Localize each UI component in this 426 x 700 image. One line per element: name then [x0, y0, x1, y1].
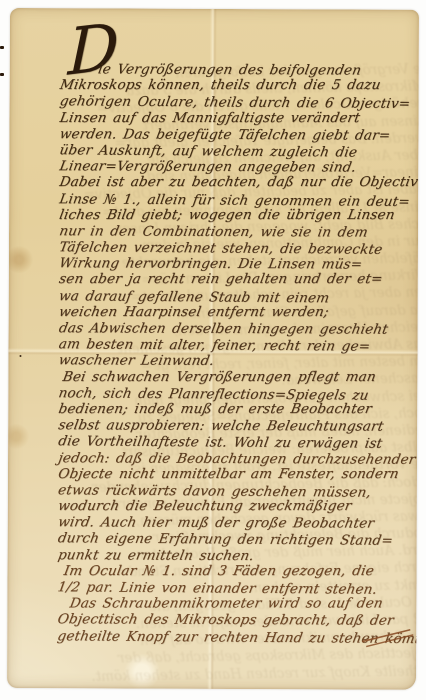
- text-line: Mikroskops können, theils durch die 5 da…: [59, 77, 419, 93]
- text-line: liches Bild giebt; wogegen die übrigen L…: [58, 207, 419, 223]
- text-line: bedienen; indeß muß der erste Beobachter: [57, 401, 419, 417]
- text-line: das Abwischen derselben hingegen geschie…: [58, 320, 419, 338]
- text-line: punkt zu ermitteln suchen.: [57, 547, 419, 565]
- text-line: Objecte nicht unmittelbar am Fenster, so…: [57, 466, 419, 482]
- text-line: wodurch die Beleuchtung zweckmäßiger: [57, 498, 419, 514]
- text-line: jedoch: daß die Beobachtungen durchzuseh…: [57, 450, 419, 468]
- ink-speck: [19, 355, 21, 357]
- text-line: Dabei ist aber zu beachten, daß nur die …: [58, 175, 419, 191]
- manuscript-text: ie Vergrößerungen des beifolgendenMikros…: [56, 61, 419, 645]
- ink-speck: [0, 46, 4, 49]
- text-line: nur in den Combinationen, wie sie in dem: [58, 223, 419, 241]
- text-line: Linsen auf das Mannigfaltigste verändert: [58, 110, 419, 126]
- text-line: werden. Das beigefügte Täfelchen giebt d…: [58, 126, 419, 144]
- text-line: Bei schwachen Vergrößerungen pflegt man: [61, 369, 419, 385]
- text-line: Im Ocular № 1. sind 3 Fäden gezogen, die: [63, 563, 419, 579]
- ink-speck: [0, 73, 4, 76]
- text-line: Das Schraubenmikrometer wird so auf den: [68, 595, 419, 611]
- text-line: wird. Auch hier muß der große Beobachter: [57, 514, 419, 532]
- scan-background: ie Vergrößerungen des beifolgendenMikros…: [0, 0, 426, 700]
- manuscript-paper: ie Vergrößerungen des beifolgendenMikros…: [7, 8, 419, 690]
- text-line: weichen Haarpinsel entfernt werden;: [58, 304, 419, 320]
- text-line: getheilte Knopf zur rechten Hand zu steh…: [7, 663, 419, 687]
- text-line: sen aber ja recht rein gehalten und der …: [58, 272, 419, 288]
- text-line: waschener Leinwand.: [57, 353, 419, 371]
- text-line: Objecttisch des Mikroskops gebracht, daß…: [7, 646, 419, 670]
- text-line: selbst ausprobieren: welche Beleuchtungs…: [57, 417, 419, 435]
- end-flourish-icon: [359, 626, 415, 652]
